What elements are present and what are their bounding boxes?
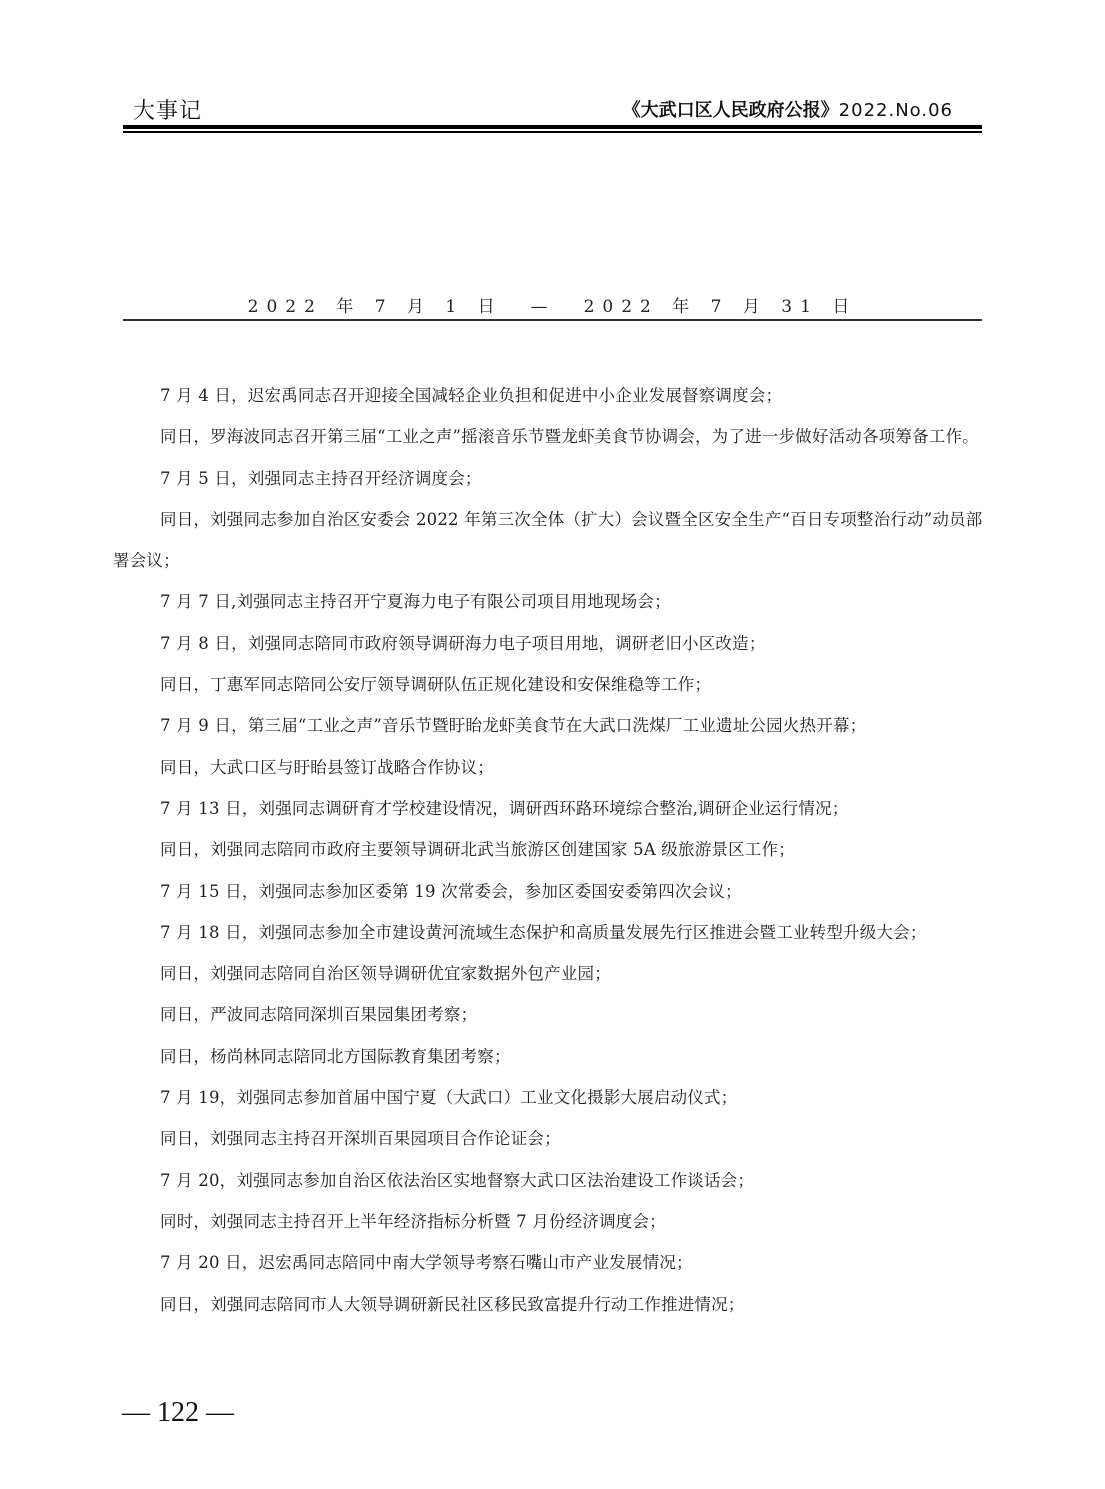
event-entry: 同日，丁惠军同志陪同公安厅领导调研队伍正规化建设和安保维稳等工作； [113,664,983,705]
event-entry: 7 月 18 日，刘强同志参加全市建设黄河流域生态保护和高质量发展先行区推进会暨… [113,912,983,953]
section-title: 大事记 [133,94,202,125]
event-entry: 7 月 7 日,刘强同志主持召开宁夏海力电子有限公司项目用地现场会； [113,581,983,622]
page-number: — 122 — [122,1397,234,1429]
event-entry: 同日，罗海波同志召开第三届“工业之声”摇滚音乐节暨龙虾美食节协调会，为了进一步做… [113,416,983,457]
event-entry: 同日，严波同志陪同深圳百果园集团考察； [113,994,983,1035]
publication-title: 《大武口区人民政府公报》2022.No.06 [623,96,953,122]
event-entry: 同日，杨尚林同志陪同北方国际教育集团考察； [113,1036,983,1077]
event-entry: 7 月 20 日，迟宏禹同志陪同中南大学领导考察石嘴山市产业发展情况； [113,1242,983,1283]
issue-number: 2022.No.06 [839,100,953,121]
event-entry: 7 月 5 日，刘强同志主持召开经济调度会； [113,458,983,499]
header-rule-thin [123,131,982,133]
header-rule-thick [123,125,982,129]
date-rule [123,319,982,321]
event-entry: 同日，刘强同志主持召开深圳百果园项目合作论证会； [113,1118,983,1159]
date-start: 2022 年 7 月 1 日 [248,297,503,317]
event-entry: 同日，刘强同志陪同市人大领导调研新民社区移民致富提升行动工作推进情况； [113,1284,983,1325]
publication-name: 《大武口区人民政府公报》 [623,100,839,121]
date-range-heading: 2022 年 7 月 1 日—2022 年 7 月 31 日 [123,292,982,317]
event-entry: 7 月 20，刘强同志参加自治区依法治区实地督察大武口区法治建设工作谈话会； [113,1160,983,1201]
event-entry: 7 月 19，刘强同志参加首届中国宁夏（大武口）工业文化摄影大展启动仪式； [113,1077,983,1118]
date-separator: — [531,297,556,317]
event-entry: 7 月 8 日，刘强同志陪同市政府领导调研海力电子项目用地，调研老旧小区改造； [113,623,983,664]
event-entry: 同日，大武口区与盱眙县签订战略合作协议； [113,747,983,788]
event-entry: 7 月 13 日，刘强同志调研育才学校建设情况，调研西环路环境综合整治,调研企业… [113,788,983,829]
date-end: 2022 年 7 月 31 日 [584,297,858,317]
event-entry: 7 月 4 日，迟宏禹同志召开迎接全国减轻企业负担和促进中小企业发展督察调度会； [113,375,983,416]
event-entry: 同日，刘强同志陪同自治区领导调研优宜家数据外包产业园； [113,953,983,994]
events-list: 7 月 4 日，迟宏禹同志召开迎接全国减轻企业负担和促进中小企业发展督察调度会；… [113,375,983,1325]
event-entry: 同日，刘强同志参加自治区安委会 2022 年第三次全体（扩大）会议暨全区安全生产… [113,499,983,582]
event-entry: 7 月 9 日，第三届“工业之声”音乐节暨盱眙龙虾美食节在大武口洗煤厂工业遗址公… [113,705,983,746]
event-entry: 同日，刘强同志陪同市政府主要领导调研北武当旅游区创建国家 5A 级旅游景区工作； [113,829,983,870]
event-entry: 7 月 15 日，刘强同志参加区委第 19 次常委会，参加区委国安委第四次会议； [113,871,983,912]
event-entry: 同时，刘强同志主持召开上半年经济指标分析暨 7 月份经济调度会； [113,1201,983,1242]
